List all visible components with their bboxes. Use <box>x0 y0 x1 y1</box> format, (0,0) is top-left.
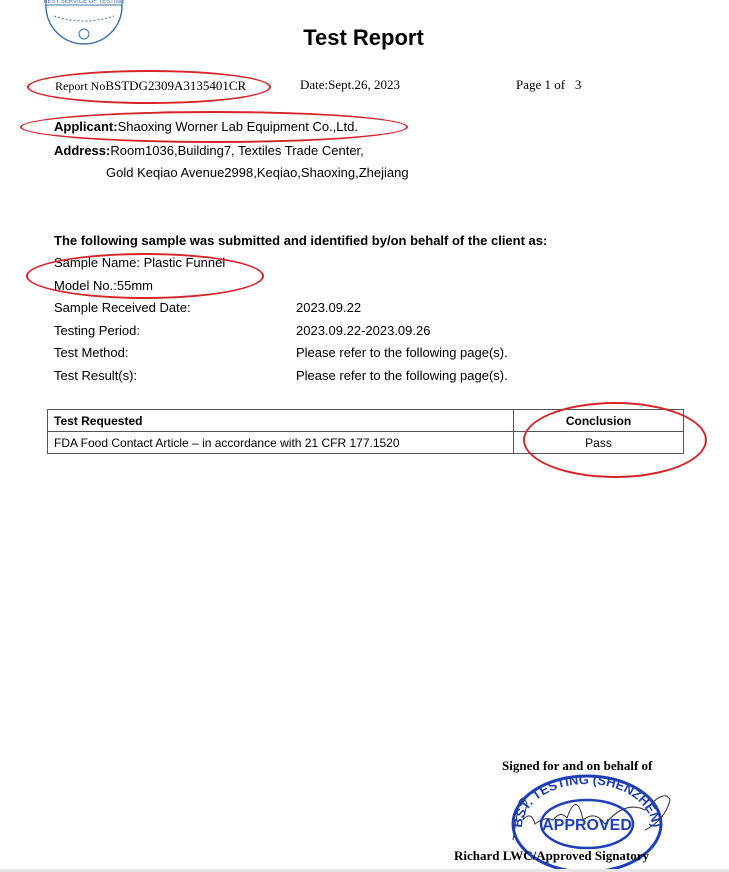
cell-test-requested: FDA Food Contact Article – in accordance… <box>48 432 514 454</box>
page-number: Page 1 of 3 <box>516 77 581 93</box>
field-method-label: Test Method: <box>54 345 128 360</box>
address-label: Address: <box>54 143 110 158</box>
field-result-label: Test Result(s): <box>54 368 137 383</box>
field-received-label: Sample Received Date: <box>54 300 191 315</box>
address-line2: Gold Keqiao Avenue2998,Keqiao,Shaoxing,Z… <box>106 165 409 180</box>
page-title: Test Report <box>0 25 729 51</box>
annotation-ellipse-applicant <box>20 111 408 143</box>
svg-text:APPROVED: APPROVED <box>542 817 632 834</box>
annotation-ellipse-sample <box>26 253 264 299</box>
field-result-value: Please refer to the following page(s). <box>296 368 508 383</box>
field-received-value: 2023.09.22 <box>296 300 361 315</box>
annotation-ellipse-report-no <box>27 70 271 104</box>
sample-intro: The following sample was submitted and i… <box>54 233 547 248</box>
signer-name: Richard LWC/Approved Signatory <box>454 848 649 864</box>
address: Address:Room1036,Building7, Textiles Tra… <box>54 143 364 158</box>
report-date: Date:Sept.26, 2023 <box>300 77 400 93</box>
field-period-value: 2023.09.22-2023.09.26 <box>296 323 430 338</box>
address-line1: Room1036,Building7, Textiles Trade Cente… <box>110 143 363 158</box>
svg-text:BEST SERVICE OF TESTING: BEST SERVICE OF TESTING <box>44 0 124 5</box>
header-test-requested: Test Requested <box>48 410 514 432</box>
field-method-value: Please refer to the following page(s). <box>296 345 508 360</box>
annotation-ellipse-conclusion <box>523 402 707 478</box>
field-period-label: Testing Period: <box>54 323 140 338</box>
